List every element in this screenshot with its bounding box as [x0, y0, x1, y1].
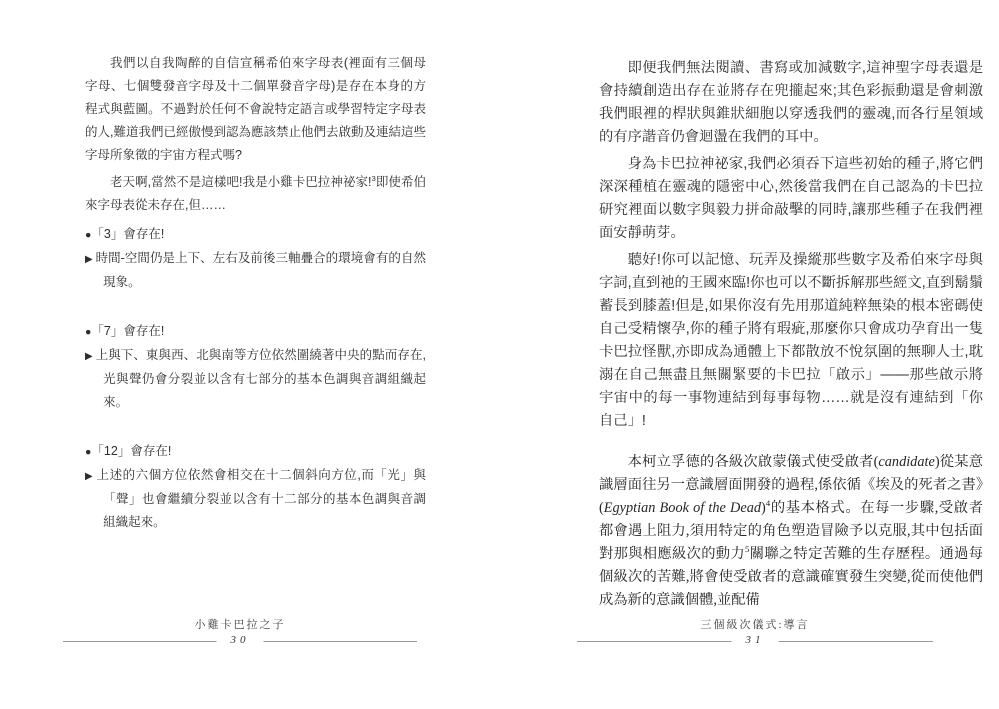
- sub-bullet-item: ▶ 上述的六個方位依然會相交在十二個斜向方位,而「光」與「聲」也會繼續分裂並以含…: [85, 464, 426, 534]
- page-number: 30: [217, 634, 264, 646]
- page-body: 即便我們無法閱讀、書寫或加減數字,這神聖字母表還是會持續創造出存在並將存在兜攏起…: [599, 57, 983, 612]
- text-run: 「3」會存在!: [91, 227, 164, 241]
- text-run: 時間-空間仍是上下、左右及前後三軸疊合的環境會有的自然現象。: [96, 251, 426, 289]
- latin-italic-text: candidate: [878, 454, 934, 470]
- triangle-bullet-icon: ▶: [85, 471, 97, 482]
- book-spread: 我們以自我陶醉的自信宣稱希伯來字母表(裡面有三個母字母、七個雙發音字母及十二個單…: [0, 0, 999, 709]
- text-run: 上述的六個方位依然會相交在十二個斜向方位,而「光」與「聲」也會繼續分裂並以含有十…: [97, 468, 426, 529]
- latin-italic-text: Egyptian Book of the Dead: [604, 500, 761, 516]
- paragraph: 本柯立孚德的各級次啟蒙儀式使受啟者(candidate)從某意識層面往另一意識層…: [599, 451, 983, 612]
- paragraph: 即便我們無法閱讀、書寫或加減數字,這神聖字母表還是會持續創造出存在並將存在兜攏起…: [599, 57, 983, 149]
- page-footer: 三個級次儀式:導言 31: [577, 616, 933, 642]
- sub-bullet-item: ▶ 上與下、東與西、北與南等方位依然圍繞著中央的點而存在,光與聲仍會分裂並以含有…: [85, 344, 426, 414]
- text-run: 我們以自我陶醉的自信宣稱希伯來字母表(裡面有三個母字母、七個雙發音字母及十二個單…: [85, 56, 426, 162]
- running-title: 三個級次儀式:導言: [577, 616, 933, 632]
- paragraph: 身為卡巴拉神祕家,我們必須吞下這些初始的種子,將它們深深種植在靈魂的隱密中心,然…: [599, 153, 983, 245]
- text-run: 「7」會存在!: [91, 324, 164, 338]
- vertical-gap: [85, 294, 426, 314]
- triangle-bullet-icon: ▶: [85, 351, 96, 362]
- text-run: 本柯立孚德的各級次啟蒙儀式使受啟者(: [628, 454, 879, 470]
- running-title: 小雞卡巴拉之子: [63, 616, 417, 632]
- bullet-item: ●「7」會存在!: [85, 320, 426, 344]
- paragraph: 聽好!你可以記憶、玩弄及操縱那些數字及希伯來字母與字詞,直到祂的王國來臨!你也可…: [599, 249, 983, 433]
- page-number: 31: [732, 634, 779, 646]
- page-body: 我們以自我陶醉的自信宣稱希伯來字母表(裡面有三個母字母、七個雙發音字母及十二個單…: [85, 52, 426, 534]
- text-run: 「12」會存在!: [91, 444, 171, 458]
- paragraph: 我們以自我陶醉的自信宣稱希伯來字母表(裡面有三個母字母、七個雙發音字母及十二個單…: [85, 52, 426, 167]
- text-run: 聽好!你可以記憶、玩弄及操縱那些數字及希伯來字母與字詞,直到祂的王國來臨!你也可…: [599, 252, 983, 429]
- page-footer: 小雞卡巴拉之子 30: [63, 616, 417, 642]
- bullet-item: ●「3」會存在!: [85, 223, 426, 247]
- text-run: 身為卡巴拉神祕家,我們必須吞下這些初始的種子,將它們深深種植在靈魂的隱密中心,然…: [599, 156, 983, 241]
- paragraph: 老天啊,當然不是這樣吧!我是小雞卡巴拉神祕家!3即使希伯來字母表從未存在,但……: [85, 171, 426, 217]
- footer-rule: 31: [577, 641, 933, 642]
- bullet-item: ●「12」會存在!: [85, 440, 426, 464]
- sub-bullet-item: ▶ 時間-空間仍是上下、左右及前後三軸疊合的環境會有的自然現象。: [85, 247, 426, 294]
- triangle-bullet-icon: ▶: [85, 254, 96, 265]
- footer-rule: 30: [63, 641, 417, 642]
- text-run: 上與下、東與西、北與南等方位依然圍繞著中央的點而存在,光與聲仍會分裂並以含有七部…: [96, 348, 426, 409]
- text-run: 老天啊,當然不是這樣吧!我是小雞卡巴拉神祕家!: [110, 175, 371, 189]
- text-run: 即便我們無法閱讀、書寫或加減數字,這神聖字母表還是會持續創造出存在並將存在兜攏起…: [599, 60, 983, 145]
- vertical-gap: [85, 414, 426, 434]
